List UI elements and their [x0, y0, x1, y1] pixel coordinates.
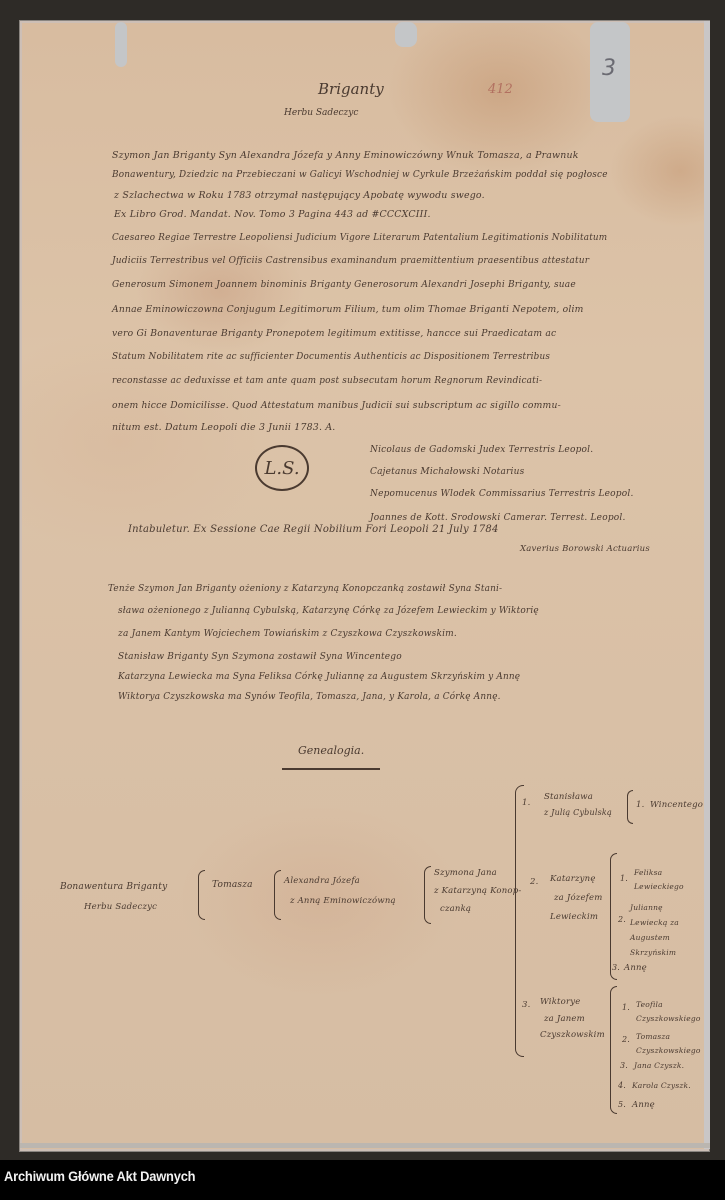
child-spouse: za Józefem: [554, 893, 603, 903]
polish-line: sława ożenionego z Julianną Cybulską, Ka…: [118, 606, 539, 616]
grandchild-name: Juliannę Lewiecką za Augustem Skrzyńskim: [630, 900, 692, 960]
grandchild-number: 1.: [636, 800, 645, 810]
document-title: Briganty: [318, 80, 384, 98]
child-number: 3.: [522, 1000, 531, 1010]
bracket-icon: [610, 986, 617, 1114]
polish-line: za Janem Kantym Wojciechem Towiańskim z …: [118, 629, 457, 639]
bracket-icon: [627, 790, 633, 824]
red-archive-mark: 412: [488, 82, 513, 97]
grandchild-name: Annę: [632, 1100, 655, 1110]
grandchild-number: 2.: [618, 915, 626, 924]
bracket-icon: [515, 785, 524, 1057]
grandchild-name: Feliksa Lewieckiego: [634, 866, 694, 894]
genealogy-gen4: Szymona Jana: [434, 868, 497, 878]
grandchild-name: Teofila Czyszkowskiego: [636, 998, 700, 1026]
paper-edge: [20, 1143, 710, 1148]
grandchild-name: Annę: [624, 963, 647, 973]
signature-line: Joannes de Kott. Srodowski Camerar. Terr…: [370, 513, 626, 523]
latin-line: onem hicce Domicilisse. Quod Attestatum …: [112, 400, 561, 411]
child-spouse: Czyszkowskim: [540, 1030, 605, 1040]
latin-line: vero Gi Bonaventurae Briganty Pronepotem…: [112, 328, 556, 339]
body-line: Bonawentury, Dziedzic na Przebieczani w …: [112, 170, 608, 180]
child-number: 2.: [530, 877, 539, 887]
document-subtitle: Herbu Sadeczyc: [284, 108, 358, 118]
child-name: Stanisława: [544, 792, 593, 802]
body-line: Szymon Jan Briganty Syn Alexandra Józefa…: [112, 150, 579, 161]
grandchild-name: Jana Czyszk.: [634, 1061, 684, 1070]
polish-line: Katarzyna Lewiecka ma Syna Feliksa Córkę…: [118, 672, 520, 682]
child-spouse: za Janem: [544, 1014, 585, 1024]
grandchild-number: 3.: [612, 963, 620, 972]
genealogy-gen2: Tomasza: [212, 880, 253, 890]
child-number: 1.: [522, 798, 531, 808]
grandchild-name: Karola Czyszk.: [632, 1081, 691, 1090]
actuarius-signature: Xaverius Borowski Actuarius: [520, 544, 650, 554]
folio-number: 3: [602, 56, 616, 81]
water-stain: [395, 22, 417, 47]
latin-line: Generosum Simonem Joannem binominis Brig…: [112, 280, 576, 290]
child-spouse: Lewieckim: [550, 912, 598, 922]
polish-line: Stanisław Briganty Syn Szymona zostawił …: [118, 652, 402, 662]
child-name: Katarzynę: [550, 874, 596, 884]
locus-sigilli-seal: L.S.: [255, 445, 309, 491]
body-line: z Szlachectwa w Roku 1783 otrzymał nastę…: [114, 190, 485, 201]
genealogy-gen4-spouse: z Katarzyną Konop-: [434, 886, 521, 896]
genealogy-root-herb: Herbu Sadeczyc: [84, 902, 157, 912]
body-line: Ex Libro Grod. Mandat. Nov. Tomo 3 Pagin…: [114, 209, 431, 220]
bracket-icon: [198, 870, 205, 920]
child-spouse: z Julią Cybulską: [544, 808, 612, 817]
genealogy-gen4-spouse: czanką: [440, 904, 471, 914]
grandchild-name: Tomasza Czyszkowskiego: [636, 1030, 700, 1058]
signature-line: Cajetanus Michałowski Notarius: [370, 467, 524, 477]
bracket-icon: [424, 866, 431, 924]
genealogy-gen3: Alexandra Józefa: [284, 876, 360, 886]
bracket-icon: [610, 853, 617, 980]
grandchild-number: 4.: [618, 1081, 626, 1090]
grandchild-number: 1.: [620, 874, 628, 883]
grandchild-number: 5.: [618, 1100, 626, 1109]
paper-edge: [704, 21, 710, 1149]
genealogy-heading: Genealogia.: [298, 744, 364, 757]
polish-line: Wiktorya Czyszkowska ma Synów Teofila, T…: [118, 692, 501, 702]
latin-line: Judiciis Terrestribus vel Officiis Castr…: [112, 256, 589, 266]
intabulation-line: Intabuletur. Ex Sessione Cae Regii Nobil…: [128, 524, 499, 535]
grandchild-number: 3.: [620, 1061, 628, 1070]
genealogy-gen3-spouse: z Anną Eminowiczówną: [290, 896, 396, 906]
polish-line: Tenże Szymon Jan Briganty ożeniony z Kat…: [108, 584, 502, 594]
heading-underline: [282, 768, 380, 770]
latin-line: nitum est. Datum Leopoli die 3 Junii 178…: [112, 422, 335, 433]
latin-line: Statum Nobilitatem rite ac sufficienter …: [112, 352, 550, 362]
genealogy-root: Bonawentura Briganty: [60, 882, 167, 892]
child-name: Wiktorye: [540, 997, 581, 1007]
archive-name: Archiwum Główne Akt Dawnych: [4, 1168, 195, 1184]
seal-text: L.S.: [264, 458, 299, 479]
signature-line: Nicolaus de Gadomski Judex Terrestris Le…: [370, 445, 593, 455]
bracket-icon: [274, 870, 281, 920]
grandchild-number: 2.: [622, 1035, 630, 1044]
grandchild-number: 1.: [622, 1003, 630, 1012]
signature-line: Nepomucenus Wlodek Commissarius Terrestr…: [370, 489, 634, 499]
latin-line: Caesareo Regiae Terrestre Leopoliensi Ju…: [112, 233, 607, 243]
latin-line: reconstasse ac deduxisse et tam ante qua…: [112, 376, 542, 386]
latin-line: Annae Eminowiczowna Conjugum Legitimorum…: [112, 304, 584, 315]
water-stain: [115, 22, 127, 67]
grandchild-name: Wincentego: [650, 800, 703, 810]
